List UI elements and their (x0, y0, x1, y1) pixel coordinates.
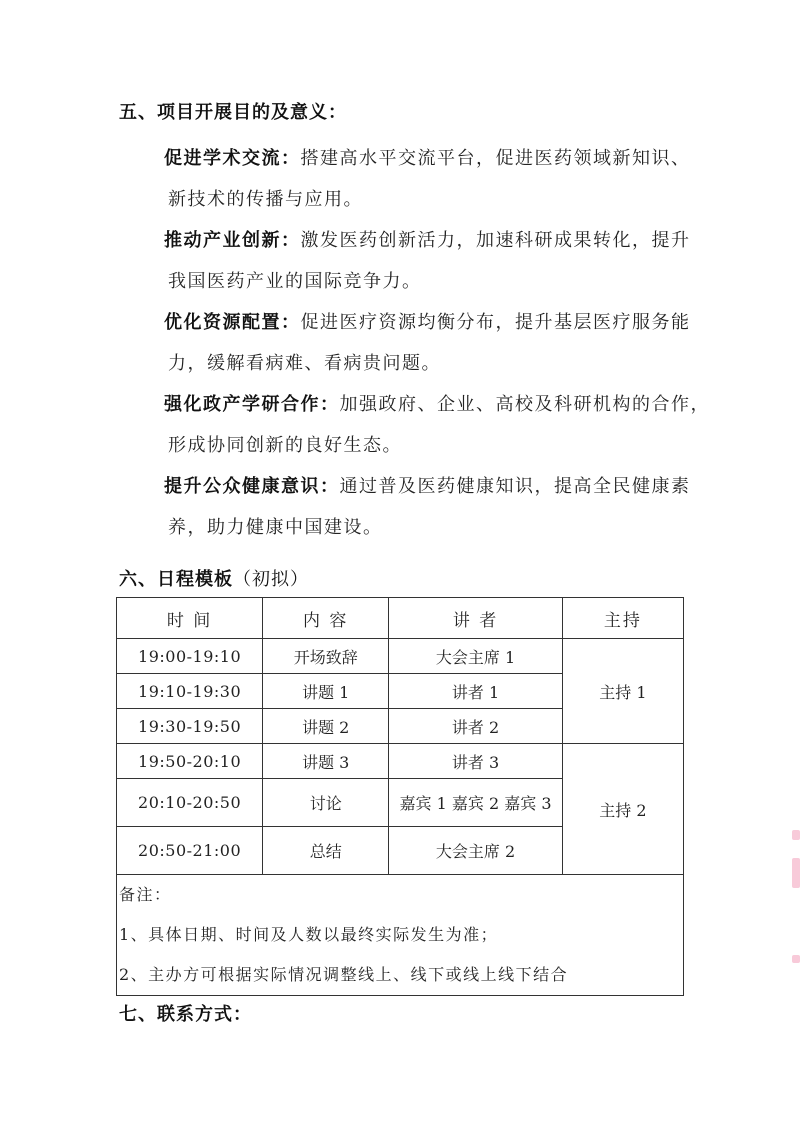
objective-item: 提升公众健康意识：通过普及医药健康知识，提高全民健康素 养，助力健康中国建设。 (164, 466, 694, 548)
objective-text-cont: 养，助力健康中国建设。 (164, 507, 694, 548)
cell-host: 主持 1 (562, 639, 683, 744)
objective-text-cont: 力，缓解看病难、看病贵问题。 (164, 343, 694, 384)
objective-text-cont: 我国医药产业的国际竞争力。 (164, 261, 694, 302)
note-item: 1、具体日期、时间及人数以最终实际发生为准； (117, 915, 683, 955)
notes-title: 备注： (117, 875, 683, 915)
cell-time: 19:00-19:10 (117, 639, 263, 674)
document-page: 五、项目开展目的及意义： 促进学术交流：搭建高水平交流平台，促进医药领域新知识、… (0, 0, 800, 1131)
objective-title: 推动产业创新： (164, 230, 301, 251)
header-content: 内 容 (263, 598, 389, 639)
objective-item: 促进学术交流：搭建高水平交流平台，促进医药领域新知识、 新技术的传播与应用。 (164, 138, 694, 220)
cell-content: 总结 (263, 827, 389, 875)
cell-time: 19:50-20:10 (117, 744, 263, 779)
cell-time: 20:50-21:00 (117, 827, 263, 875)
cell-speaker: 讲者 2 (389, 709, 563, 744)
objective-text: 搭建高水平交流平台，促进医药领域新知识、 (301, 148, 691, 169)
objective-title: 强化政产学研合作： (164, 394, 340, 415)
objective-text: 通过普及医药健康知识，提高全民健康素 (340, 476, 691, 497)
objective-text-cont: 新技术的传播与应用。 (164, 179, 694, 220)
section-6-note: （初拟） (233, 569, 309, 590)
header-host: 主持 (562, 598, 683, 639)
schedule-table: 时 间 内 容 讲 者 主持 19:00-19:10 开场致辞 大会主席 1 主… (116, 597, 684, 996)
seal-edge-mark (792, 858, 800, 888)
objective-title: 提升公众健康意识： (164, 476, 340, 497)
notes-row: 备注： 1、具体日期、时间及人数以最终实际发生为准； 2、主办方可根据实际情况调… (117, 875, 684, 996)
cell-speaker: 讲者 3 (389, 744, 563, 779)
cell-content: 开场致辞 (263, 639, 389, 674)
cell-speaker: 大会主席 2 (389, 827, 563, 875)
table-header-row: 时 间 内 容 讲 者 主持 (117, 598, 684, 639)
notes-cell: 备注： 1、具体日期、时间及人数以最终实际发生为准； 2、主办方可根据实际情况调… (117, 875, 684, 996)
objective-title: 优化资源配置： (164, 312, 301, 333)
objective-text: 促进医疗资源均衡分布，提升基层医疗服务能 (301, 312, 691, 333)
section-7-heading: 七、联系方式： (119, 1000, 252, 1026)
cell-host: 主持 2 (562, 744, 683, 875)
cell-time: 20:10-20:50 (117, 779, 263, 827)
objective-item: 优化资源配置：促进医疗资源均衡分布，提升基层医疗服务能 力，缓解看病难、看病贵问… (164, 302, 694, 384)
section-6-title: 六、日程模板 (119, 569, 233, 590)
header-time: 时 间 (117, 598, 263, 639)
cell-content: 讲题 1 (263, 674, 389, 709)
table-row: 19:50-20:10 讲题 3 讲者 3 主持 2 (117, 744, 684, 779)
objective-item: 强化政产学研合作：加强政府、企业、高校及科研机构的合作， 形成协同创新的良好生态… (164, 384, 694, 466)
section-5-heading: 五、项目开展目的及意义： (119, 98, 347, 124)
cell-content: 讨论 (263, 779, 389, 827)
header-speaker: 讲 者 (389, 598, 563, 639)
objective-title: 促进学术交流： (164, 148, 301, 169)
objective-text-cont: 形成协同创新的良好生态。 (164, 425, 694, 466)
cell-content: 讲题 3 (263, 744, 389, 779)
cell-time: 19:30-19:50 (117, 709, 263, 744)
cell-content: 讲题 2 (263, 709, 389, 744)
section-6-heading: 六、日程模板（初拟） (119, 565, 309, 591)
cell-speaker: 嘉宾 1 嘉宾 2 嘉宾 3 (389, 779, 563, 827)
objectives-list: 促进学术交流：搭建高水平交流平台，促进医药领域新知识、 新技术的传播与应用。 推… (164, 138, 694, 548)
seal-edge-mark (792, 830, 800, 840)
objective-text: 加强政府、企业、高校及科研机构的合作， (340, 394, 711, 415)
objective-item: 推动产业创新：激发医药创新活力，加速科研成果转化，提升 我国医药产业的国际竞争力… (164, 220, 694, 302)
cell-speaker: 讲者 1 (389, 674, 563, 709)
objective-text: 激发医药创新活力，加速科研成果转化，提升 (301, 230, 691, 251)
seal-edge-mark (792, 955, 800, 963)
cell-time: 19:10-19:30 (117, 674, 263, 709)
cell-speaker: 大会主席 1 (389, 639, 563, 674)
table-row: 19:00-19:10 开场致辞 大会主席 1 主持 1 (117, 639, 684, 674)
note-item: 2、主办方可根据实际情况调整线上、线下或线上线下结合 (117, 955, 683, 995)
